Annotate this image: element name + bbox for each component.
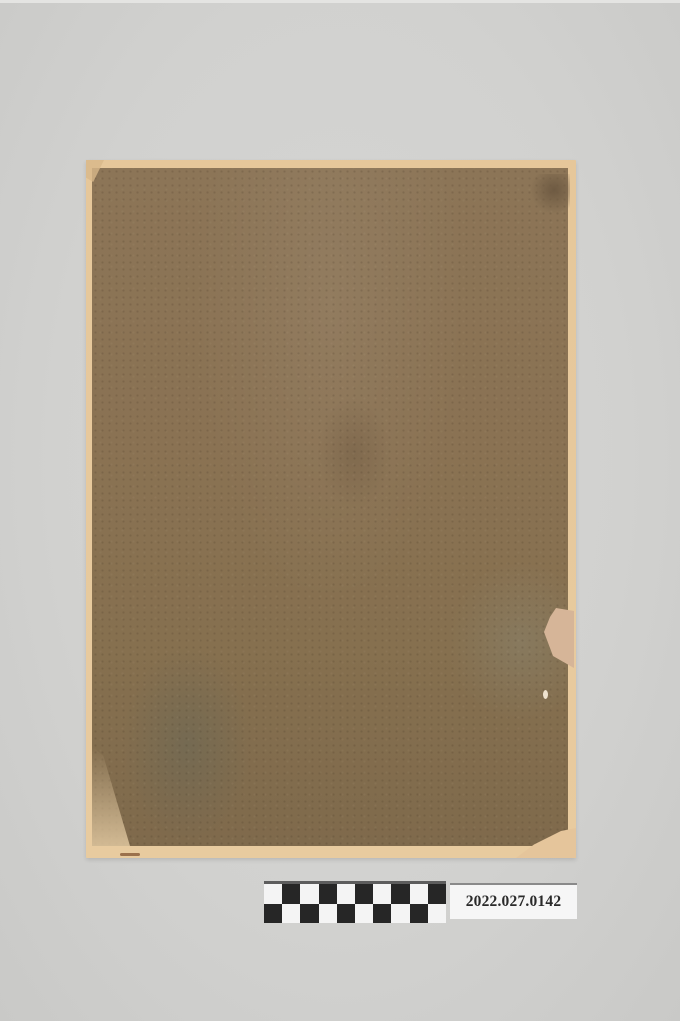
checker-grid [264, 884, 446, 923]
scale-square [410, 904, 428, 924]
scale-square [282, 904, 300, 924]
light-speck [543, 690, 548, 699]
top-edge-line [0, 0, 680, 3]
scale-square [355, 884, 373, 904]
scale-square [428, 904, 446, 924]
scale-square [264, 884, 282, 904]
scale-square [300, 884, 318, 904]
scale-square [300, 904, 318, 924]
scale-square [391, 884, 409, 904]
cover-texture [92, 168, 568, 846]
scale-square [337, 884, 355, 904]
scale-square [410, 884, 428, 904]
scale-square [391, 904, 409, 924]
book-board [86, 160, 576, 858]
book-cover [92, 168, 568, 846]
scale-square [373, 904, 391, 924]
bottom-edge-mark [120, 853, 140, 856]
scale-square [337, 904, 355, 924]
scale-square [428, 884, 446, 904]
scale-square [264, 904, 282, 924]
scale-square [319, 884, 337, 904]
top-right-stain [530, 174, 570, 214]
scale-square [373, 884, 391, 904]
scale-square [319, 904, 337, 924]
accession-number-label: 2022.027.0142 [450, 883, 577, 919]
color-scale-bar [264, 881, 446, 923]
scale-square [355, 904, 373, 924]
scale-square [282, 884, 300, 904]
